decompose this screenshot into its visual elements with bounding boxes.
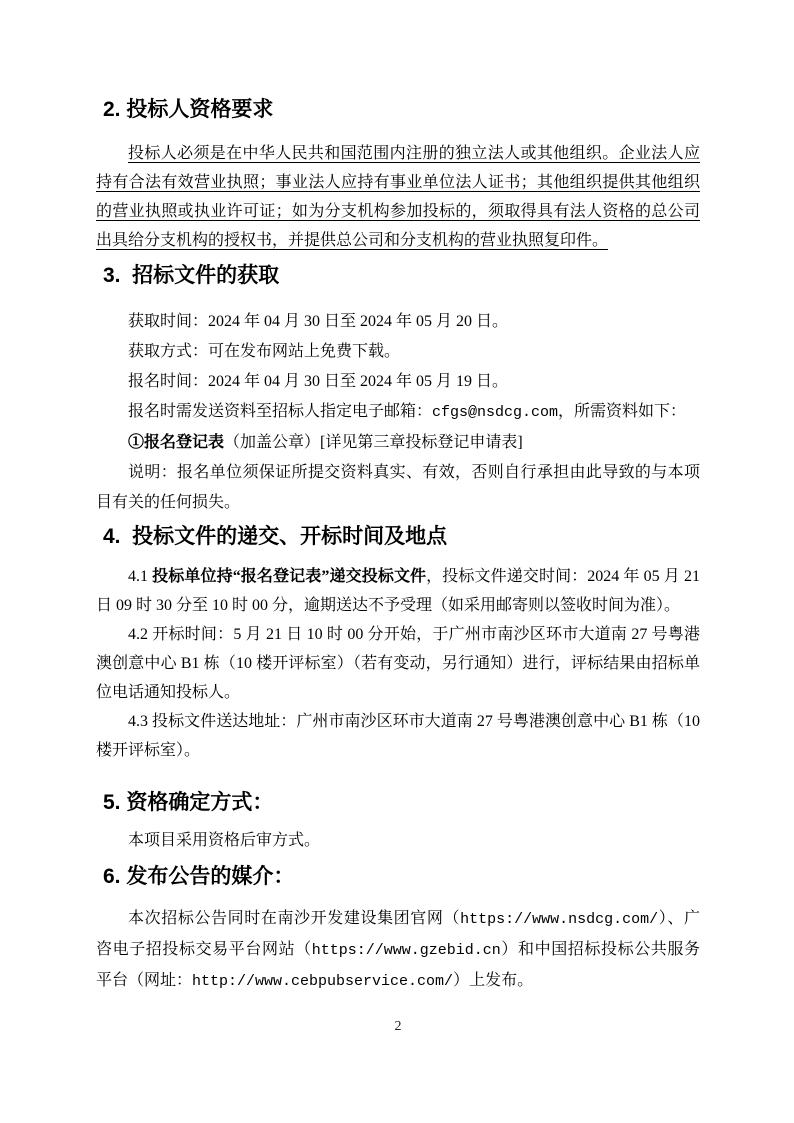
section-3-note: 说明：报名单位须保证所提交资料真实、有效，否则自行承担由此导致的与本项目有关的任…: [96, 458, 700, 518]
nsdcg-url-text: https://www.nsdcg.com/: [460, 911, 658, 928]
section-3-obtain-method: 获取方式：可在发布网站上免费下载。: [96, 337, 700, 367]
section-5-body: 本项目采用资格后审方式。: [96, 826, 700, 856]
registration-form-bold-label: ①报名登记表: [128, 434, 224, 451]
media-text-4: ）上发布。: [453, 972, 533, 989]
gzebid-url-text: https://www.gzebid.cn: [312, 942, 501, 959]
section-4-clause-3: 4.3 投标文件送达地址：广州市南沙区环市大道南 27 号粤港澳创意中心 B1 …: [96, 707, 700, 765]
clause-4-1-bold-text: 投标单位持“报名登记表”递交投标文件: [152, 568, 426, 585]
section-2-body-paragraph: 投标人必须是在中华人民共和国范围内注册的独立法人或其他组织。企业法人应持有合法有…: [96, 139, 700, 255]
section-3-registration-time: 报名时间：2024 年 04 月 30 日至 2024 年 05 月 19 日。: [96, 367, 700, 397]
email-line-suffix: ，所需资料如下：: [558, 403, 686, 420]
registration-form-rest: （加盖公章）[详见第三章投标登记申请表]: [224, 434, 523, 451]
section-6-heading: 6. 发布公告的媒介：: [96, 864, 700, 890]
document-page: 2. 投标人资格要求 投标人必须是在中华人民共和国范围内注册的独立法人或其他组织…: [0, 0, 794, 1123]
section-4-clause-1: 4.1 投标单位持“报名登记表”递交投标文件，投标文件递交时间：2024 年 0…: [96, 562, 700, 620]
section-5-heading: 5. 资格确定方式：: [96, 790, 700, 816]
clause-4-1-number: 4.1: [128, 568, 152, 585]
section-3-item-registration-form: ①报名登记表（加盖公章）[详见第三章投标登记申请表]: [96, 428, 700, 458]
section-3-obtain-time: 获取时间：2024 年 04 月 30 日至 2024 年 05 月 20 日。: [96, 307, 700, 337]
email-line-prefix: 报名时需发送资料至招标人指定电子邮箱：: [128, 403, 432, 420]
section-2-heading: 2. 投标人资格要求: [96, 97, 700, 123]
email-text: cfgs@nsdcg.com: [432, 404, 558, 421]
section-4-heading: 4. 投标文件的递交、开标时间及地点: [96, 524, 700, 550]
section-6-body: 本次招标公告同时在南沙开发建设集团官网（https://www.nsdcg.co…: [96, 904, 700, 997]
media-text-1: 本次招标公告同时在南沙开发建设集团官网（: [128, 910, 460, 927]
page-number: 2: [96, 1017, 700, 1037]
section-3-heading: 3. 招标文件的获取: [96, 263, 700, 289]
section-3-email-line: 报名时需发送资料至招标人指定电子邮箱：cfgs@nsdcg.com，所需资料如下…: [96, 397, 700, 428]
section-4-clause-2: 4.2 开标时间：5 月 21 日 10 时 00 分开始，于广州市南沙区环市大…: [96, 620, 700, 707]
cebpubservice-url-text: http://www.cebpubservice.com/: [192, 973, 453, 990]
